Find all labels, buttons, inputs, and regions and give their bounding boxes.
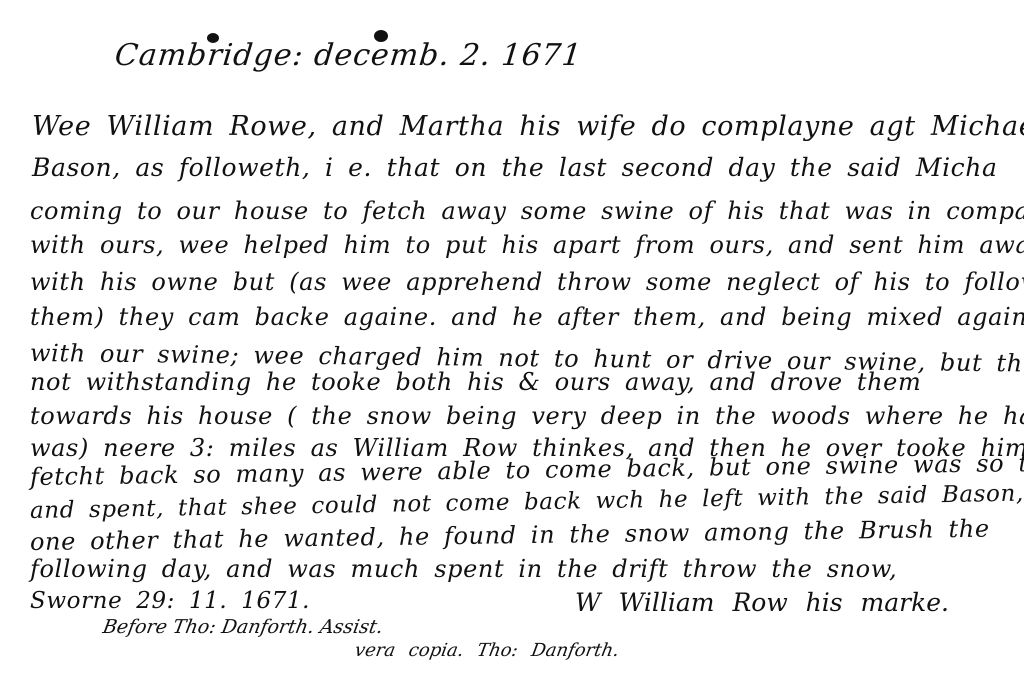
before-danforth-line: Before Tho: Danforth. Assist. bbox=[101, 616, 385, 638]
ink-blot-decoration bbox=[207, 33, 219, 43]
body-line-1: Wee William Rowe, and Martha his wife do… bbox=[32, 113, 1024, 140]
body-line-6: them) they cam backe againe. and he afte… bbox=[30, 305, 1024, 329]
body-line-14: following day, and was much spent in the… bbox=[30, 557, 897, 581]
body-line-8: not withstanding he tooke both his & our… bbox=[30, 370, 921, 394]
body-line-3: coming to our house to fetch away some s… bbox=[30, 199, 1024, 223]
complaint-body: Wee William Rowe, and Martha his wife do… bbox=[0, 0, 1024, 690]
body-line-5: with his owne but (as wee apprehend thro… bbox=[30, 270, 1024, 294]
body-line-13: one other that he wanted, he found in th… bbox=[30, 517, 990, 554]
ink-blot-decoration bbox=[374, 30, 388, 42]
body-line-2: Bason, as followeth, i e. that on the la… bbox=[32, 155, 997, 180]
body-line-4: with ours, wee helped him to put his apa… bbox=[30, 233, 1024, 257]
body-line-9: towards his house ( the snow being very … bbox=[30, 404, 1024, 428]
manuscript-page: Cambridge: decemb. 2. 1671 Wee William R… bbox=[0, 0, 1024, 690]
william-row-mark: W William Row his marke. bbox=[575, 588, 949, 617]
vera-copia-attestation: vera copia. Tho: Danforth. bbox=[353, 640, 621, 661]
sworn-line: Sworne 29: 11. 1671. bbox=[30, 590, 310, 613]
